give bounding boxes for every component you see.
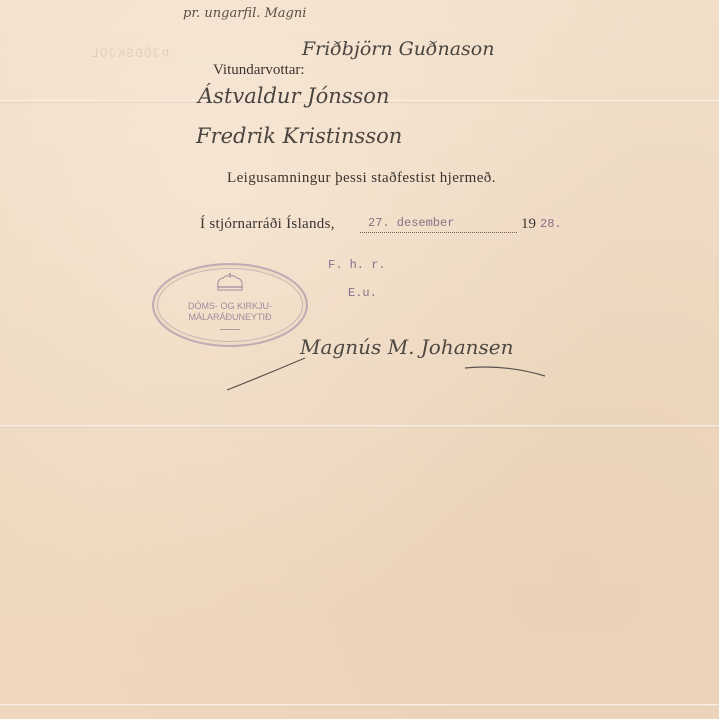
date-field-line <box>360 232 517 233</box>
stamp-divider <box>220 329 240 330</box>
stamp-line-1: DÓMS- OG KIRKJU- <box>154 301 306 311</box>
crown-icon <box>215 273 245 291</box>
signature-flourish <box>225 340 555 400</box>
stamp-line-2: MÁLARÁÐUNEYTIÐ <box>154 312 306 322</box>
witness-name-2: Fredrik Kristinsson <box>196 124 402 148</box>
signatory-signature: Friðbjörn Guðnason <box>302 38 494 60</box>
bleed-through-text: ÞJÓÐSKJÖL <box>90 46 169 61</box>
year-typed: 28. <box>540 217 562 231</box>
witnesses-label: Vitundarvottar: <box>213 62 305 79</box>
fold-line <box>0 425 719 428</box>
place-prefix: Í stjórnarráði Íslands, <box>200 216 335 233</box>
witness-name-1: Ástvaldur Jónsson <box>198 84 389 108</box>
authority-line-1: F. h. r. <box>328 258 386 272</box>
ministry-stamp: DÓMS- OG KIRKJU- MÁLARÁÐUNEYTIÐ <box>152 263 308 347</box>
fold-line <box>0 704 719 707</box>
confirmation-text: Leigusamningur þessi staðfestist hjermeð… <box>227 170 496 187</box>
authority-line-2: E.u. <box>348 286 377 300</box>
on-behalf-note: pr. ungarfil. Magni <box>183 6 306 21</box>
date-typed: 27. desember <box>368 216 454 230</box>
year-prefix: 19 <box>521 216 536 233</box>
